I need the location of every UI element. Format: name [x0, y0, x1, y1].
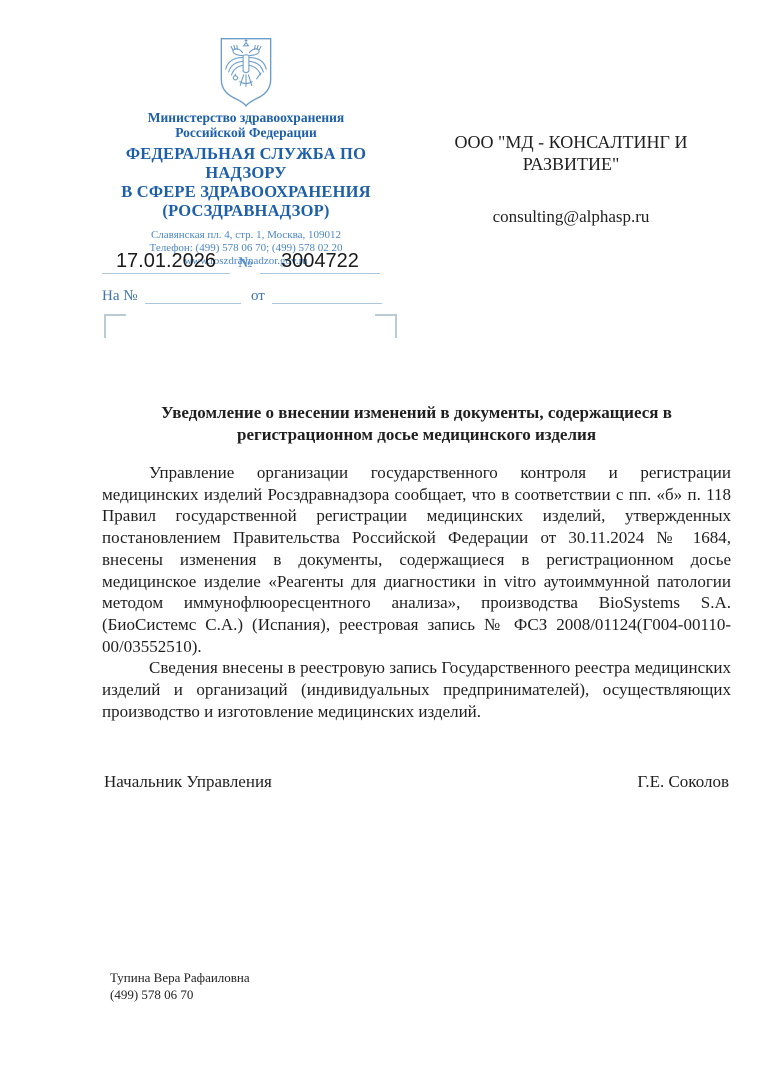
body-paragraph-1: Управление организации государственного …: [102, 462, 731, 657]
agency-line3: (РОСЗДРАВНАДЗОР): [98, 201, 394, 220]
executor-name: Тупина Вера Рафаиловна: [110, 969, 250, 986]
outgoing-number-field: 3004722: [260, 250, 380, 274]
body-paragraph-2: Сведения внесены в реестровую запись Гос…: [102, 657, 731, 722]
executor-phone: (499) 578 06 70: [110, 986, 250, 1003]
coat-of-arms-icon: [217, 36, 275, 108]
reference-block: 17.01.2026 № 3004722 На № от: [98, 250, 398, 344]
recipient-block: ООО "МД - КОНСАЛТИНГ И РАЗВИТИЕ" consult…: [440, 131, 702, 227]
signature-row: Начальник Управления Г.Е. Соколов: [102, 772, 731, 792]
letter-content: Уведомление о внесении изменений в докум…: [102, 402, 731, 792]
emblem-wrap: [98, 36, 394, 108]
letter-page: Министерство здравоохранения Российской …: [0, 0, 768, 1086]
reply-to-number-label: На №: [102, 288, 138, 305]
outgoing-reference-row: 17.01.2026 № 3004722: [98, 250, 398, 276]
number-sign-label: №: [238, 255, 252, 272]
corner-mark-right-icon: [375, 314, 397, 338]
recipient-name: ООО "МД - КОНСАЛТИНГ И РАЗВИТИЕ": [440, 131, 702, 175]
reply-date-blank-line: [272, 302, 382, 304]
ministry-line2: Российской Федерации: [98, 125, 394, 140]
recipient-email: consulting@alphasp.ru: [440, 207, 702, 227]
reply-from-label: от: [251, 288, 265, 305]
letterhead: Министерство здравоохранения Российской …: [98, 36, 394, 268]
ministry-line1: Министерство здравоохранения: [98, 110, 394, 125]
executor-footer: Тупина Вера Рафаиловна (499) 578 06 70: [110, 969, 250, 1003]
agency-address: Славянская пл. 4, стр. 1, Москва, 109012: [98, 229, 394, 242]
outgoing-date-field: 17.01.2026: [102, 250, 230, 274]
signer-name: Г.Е. Соколов: [637, 772, 729, 792]
agency-line1: ФЕДЕРАЛЬНАЯ СЛУЖБА ПО НАДЗОРУ: [98, 144, 394, 182]
incoming-reference-row: На № от: [98, 282, 398, 308]
reply-number-blank-line: [145, 302, 241, 304]
agency-line2: В СФЕРЕ ЗДРАВООХРАНЕНИЯ: [98, 182, 394, 201]
address-zone-marks: [98, 314, 398, 344]
corner-mark-left-icon: [104, 314, 126, 338]
signer-position: Начальник Управления: [104, 772, 272, 792]
letter-subject: Уведомление о внесении изменений в докум…: [112, 402, 721, 446]
